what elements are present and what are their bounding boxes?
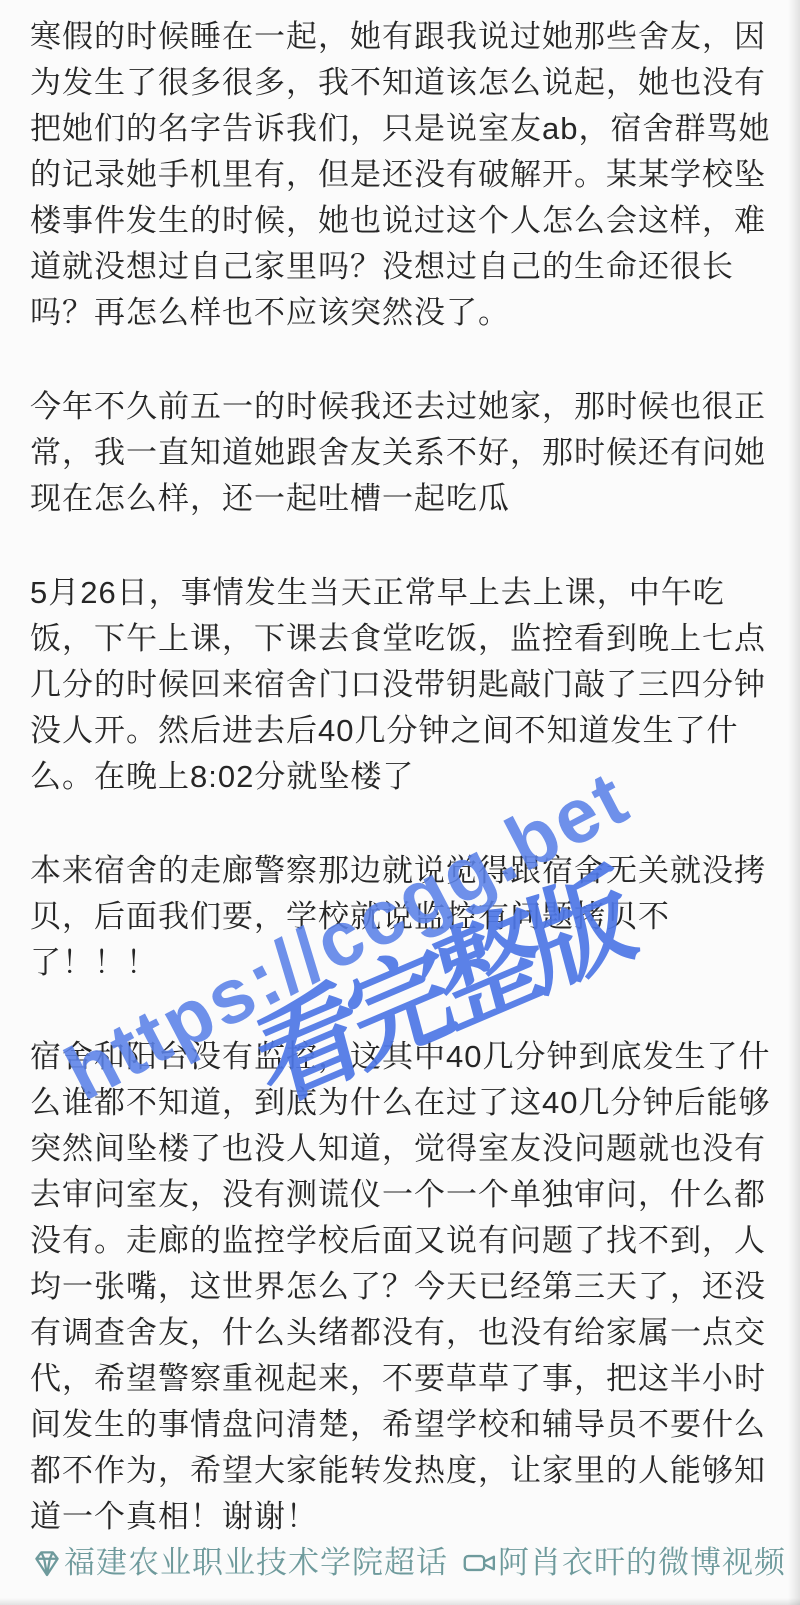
post-paragraph: 寒假的时候睡在一起，她有跟我说过她那些舍友，因 为发生了很多很多，我不知道该怎么… bbox=[30, 14, 772, 336]
post-paragraph: 今年不久前五一的时候我还去过她家，那时候也很正 常，我一直知道她跟舍友关系不好，… bbox=[30, 384, 772, 522]
video-camera-icon bbox=[462, 1546, 498, 1580]
bottom-edge-shade bbox=[0, 1598, 800, 1605]
post-body: 寒假的时候睡在一起，她有跟我说过她那些舍友，因 为发生了很多很多，我不知道该怎么… bbox=[0, 0, 800, 1586]
post-paragraph: 本来宿舍的走廊警察那边就说觉得跟宿舍无关就没拷 贝，后面我们要，学校就说监控有问… bbox=[30, 848, 772, 986]
post-paragraph: 5月26日，事情发生当天正常早上去上课，中午吃 饭，下午上课，下课去食堂吃饭，监… bbox=[30, 570, 772, 800]
supertopic-link[interactable]: 福建农业职业技术学院超话 bbox=[64, 1540, 448, 1586]
video-link[interactable]: 阿肖衣旰的微博视频 bbox=[498, 1540, 786, 1586]
gem-icon bbox=[30, 1546, 64, 1580]
post-footer-links: 福建农业职业技术学院超话 阿肖衣旰的微博视频 bbox=[30, 1540, 772, 1586]
post-paragraph: 宿舍和阳台没有监控，这其中40几分钟到底发生了什 么谁都不知道，到底为什么在过了… bbox=[30, 1034, 772, 1540]
